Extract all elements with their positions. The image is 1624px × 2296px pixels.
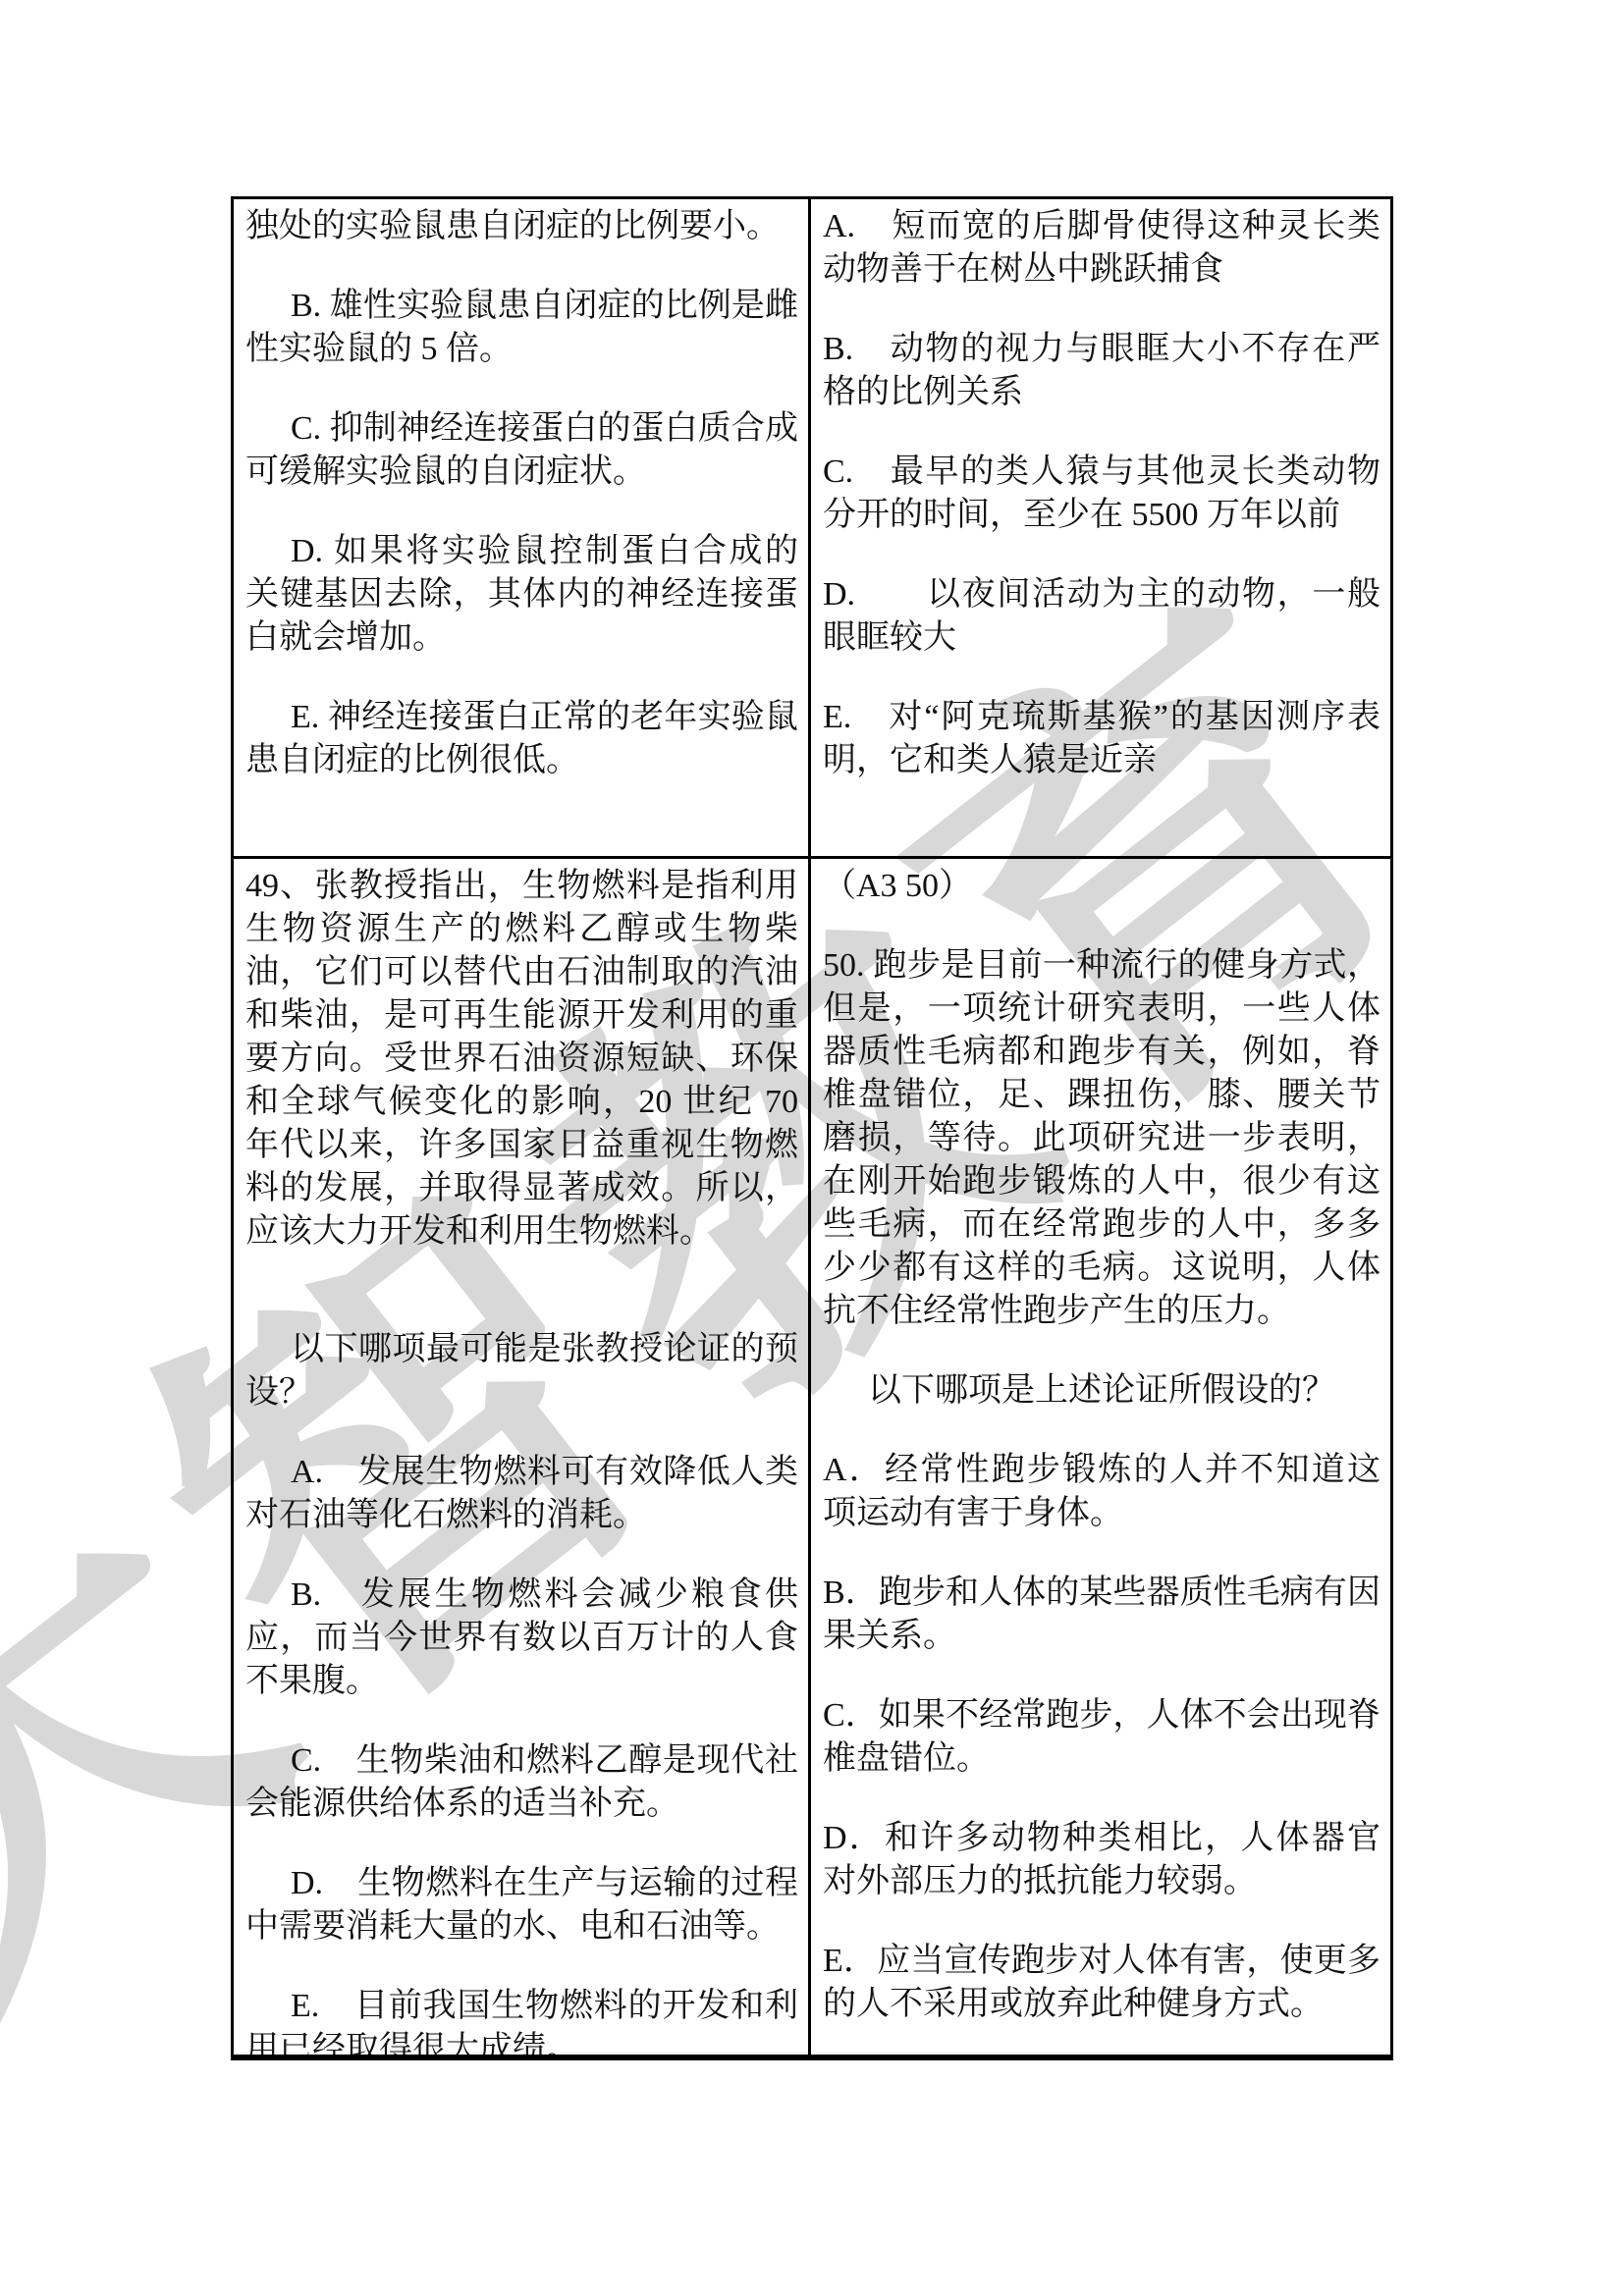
cell-question-49: 49、张教授指出，生物燃料是指利用生物资源生产的燃料乙醇或生物柴油，它们可以替代… — [234, 859, 811, 2055]
document-page: 大智教育 独处的实验鼠患自闭症的比例要小。 B. 雄性实验鼠患自闭症的比例是雌性… — [0, 0, 1624, 2296]
adjacent-question-option-d: D. 以夜间活动为主的动物，一般眼眶较大 — [823, 573, 1380, 660]
cell-question-50: （A3 50） 50. 跑步是目前一种流行的健身方式，但是，一项统计研究表明，一… — [811, 859, 1390, 2055]
adjacent-question-option-e: E. 对“阿克琉斯基猴”的基因测序表明，它和类人猿是近亲 — [823, 696, 1380, 782]
question-50-option-d: D．和许多动物种类相比，人体器官对外部压力的抵抗能力较弱。 — [823, 1817, 1380, 1903]
adjacent-question-option-a: A. 短而宽的后脚骨使得这种灵长类动物善于在树丛中跳跃捕食 — [823, 205, 1380, 292]
question-49-option-a: A. 发展生物燃料可有效降低人类对石油等化石燃料的消耗。 — [245, 1451, 798, 1537]
question-50-section-marker: （A3 50） — [823, 865, 1380, 908]
question-49-option-d: D. 生物燃料在生产与运输的过程中需要消耗大量的水、电和石油等。 — [245, 1862, 798, 1949]
question-49-option-b: B. 发展生物燃料会减少粮食供应，而当今世界有数以百万计的人食不果腹。 — [245, 1574, 798, 1703]
question-50-option-c: C．如果不经常跑步，人体不会出现脊椎盘错位。 — [823, 1694, 1380, 1781]
question-49-option-c: C. 生物柴油和燃料乙醇是现代社会能源供给体系的适当补充。 — [245, 1739, 798, 1826]
question-49-option-e: E. 目前我国生物燃料的开发和利用已经取得很大成绩。 — [245, 1985, 798, 2055]
prev-question-option-e: E. 神经连接蛋白正常的老年实验鼠患自闭症的比例很低。 — [245, 696, 798, 782]
question-50-option-e: E．应当宣传跑步对人体有害，使更多的人不采用或放弃此种健身方式。 — [823, 1940, 1380, 2026]
cell-adjacent-question-options: A. 短而宽的后脚骨使得这种灵长类动物善于在树丛中跳跃捕食 B. 动物的视力与眼… — [811, 199, 1390, 859]
adjacent-question-option-b: B. 动物的视力与眼眶大小不存在严格的比例关系 — [823, 328, 1380, 414]
adjacent-question-option-c: C. 最早的类人猿与其他灵长类动物分开的时间，至少在 5500 万年以前 — [823, 451, 1380, 537]
prev-question-option-d: D. 如果将实验鼠控制蛋白合成的关键基因去除，其体内的神经连接蛋白就会增加。 — [245, 530, 798, 660]
question-50-prompt: 以下哪项是上述论证所假设的？ — [823, 1369, 1380, 1413]
prev-question-option-b: B. 雄性实验鼠患自闭症的比例是雌性实验鼠的 5 倍。 — [245, 285, 798, 371]
question-50-option-b: B．跑步和人体的某些器质性毛病有因果关系。 — [823, 1572, 1380, 1658]
question-50-stem: 50. 跑步是目前一种流行的健身方式，但是，一项统计研究表明，一些人体器质性毛病… — [823, 944, 1380, 1333]
prev-question-option-a-continuation: 独处的实验鼠患自闭症的比例要小。 — [245, 205, 798, 248]
question-49-prompt: 以下哪项最可能是张教授论证的预设？ — [245, 1328, 798, 1415]
prev-question-option-c: C. 抑制神经连接蛋白的蛋白质合成可缓解实验鼠的自闭症状。 — [245, 407, 798, 494]
questions-table: 独处的实验鼠患自闭症的比例要小。 B. 雄性实验鼠患自闭症的比例是雌性实验鼠的 … — [231, 196, 1393, 2060]
cell-prev-question-options: 独处的实验鼠患自闭症的比例要小。 B. 雄性实验鼠患自闭症的比例是雌性实验鼠的 … — [234, 199, 811, 859]
question-49-stem: 49、张教授指出，生物燃料是指利用生物资源生产的燃料乙醇或生物柴油，它们可以替代… — [245, 865, 798, 1254]
question-50-option-a: A．经常性跑步锻炼的人并不知道这项运动有害于身体。 — [823, 1449, 1380, 1535]
